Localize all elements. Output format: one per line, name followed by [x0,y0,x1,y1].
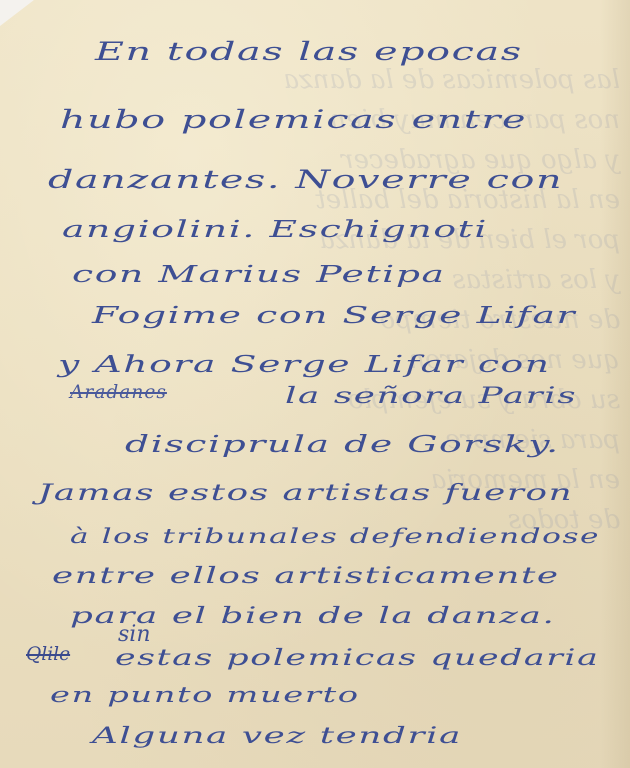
text-line-6: Fogime con Serge Lifar [92,296,576,334]
text-line-8: la señora Paris [285,378,577,414]
text-line-16: Alguna vez tendria [92,718,462,754]
inserted-word: sin [118,622,151,647]
text-line-14: estas polemicas quedaria [115,640,599,676]
text-line-4: angiolini. Eschignoti [62,210,488,248]
text-line-9: disciprula de Gorsky. [125,425,560,463]
text-line-3: danzantes. Noverre con [48,160,563,200]
margin-scribble: Qlile [26,640,70,670]
crossed-out-word: Aradanes [70,378,167,408]
paper-edge-shading [600,0,630,768]
text-line-10: Jamas estos artistas fueron [38,475,573,511]
text-line-1: En todas las epocas [95,32,523,72]
text-line-11: à los tribunales defendiendose [70,520,600,553]
letter-page: las polemicas de la danza nos parecen mu… [0,0,630,768]
text-line-12: entre ellos artisticamente [52,558,560,594]
text-line-15: en punto muerto [50,678,360,712]
text-line-5: con Marius Petipa [72,255,446,293]
text-line-2: hubo polemicas entre [60,100,527,140]
